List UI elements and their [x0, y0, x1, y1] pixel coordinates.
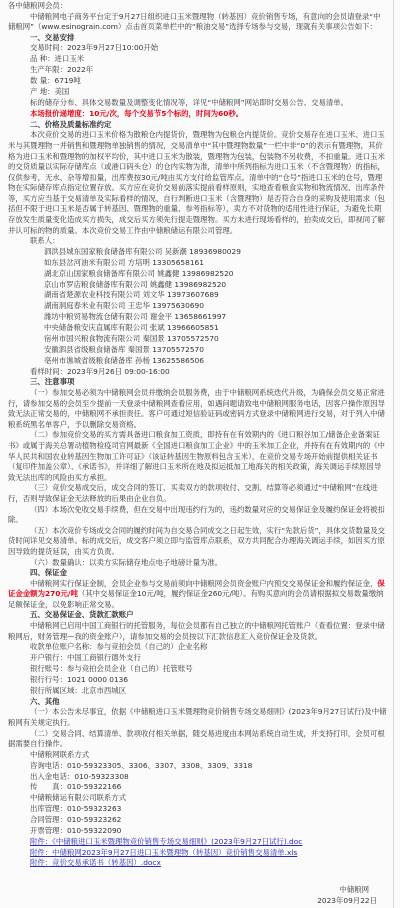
deposit-body: 中储粮网实行保证金制，会员企业参与交易前须向中储粮网会员资金账户内预交交易保证金…	[8, 579, 387, 611]
note-item-5: （五）本次竞价专场成交合同的履约时间为自交易合同成交之日起生效，实行“先款后货”…	[8, 526, 387, 558]
signature: 中储粮网 2023年09月22日	[317, 884, 377, 906]
field-origin: 产 地：美国	[30, 87, 387, 98]
contact-item: 亳州市谯城省级粮食储备库 孙杨 13625586506	[44, 356, 387, 367]
intro-paragraph: 中储粮网电子商务平台定于9月27日组织进口玉米暨理物（转基因）竞价销售专场，有意…	[8, 12, 387, 33]
section-title-notes: 三、注意事项	[8, 377, 387, 388]
signature-org: 中储粮网	[317, 884, 377, 895]
section-title-price-quality: 二、价格及质量标准约定	[8, 120, 387, 131]
field-quantity: 数 量：6719吨	[30, 76, 387, 87]
account-body: 中储粮网已启用中国工商银行的托管服务，每位会员都有自己独立的中储粮网托管账户（查…	[8, 621, 387, 642]
contact-item: 泗洪县城东国家粮食储备库有限公司 吴新潮 18936980029	[44, 247, 387, 258]
attachments: 附件：《中储粮进口玉米暨理物竞价销售专场交易细则》(2023年9月27日试行).…	[8, 837, 387, 869]
field-variety: 品 种：进口玉米	[30, 54, 387, 65]
contact-methods: 中储粮网联系方式 咨询电话：010-59323305、3306、3307、330…	[8, 750, 387, 837]
contact-line: 咨询电话：010-59323305、3306、3307、3308、3309、33…	[30, 761, 387, 772]
contact-item: 中央储备粮安庆直属库有限公司 张斌 13966605851	[44, 323, 387, 334]
section-title-deposit: 四、保证金	[8, 568, 387, 579]
contact-line: 开票管理：010-59322090	[30, 826, 387, 837]
section-title-other: 六、其他	[8, 697, 387, 708]
field-trade-time: 交易时间：2023年9月27日10:00开始	[30, 43, 387, 54]
section-title-account: 五、交易保证金、货款汇款账户	[8, 610, 387, 621]
price-quality-body: 本次竞价交易的进口玉米价格为散粮仓内提货价，暨理物为包粮仓内提货价。竞价交易存在…	[8, 130, 387, 236]
contact-item: 宿州市国兴粮食物流有限公司 秦国景 13705572570	[44, 334, 387, 345]
note-item-4: （四）本场次免收交易手续费，但在交易中出现违约行为的，违约数量对应的交易保证金及…	[8, 505, 387, 526]
field-production-year: 生产年限：2022年	[30, 65, 387, 76]
greeting: 各中储粮网会员：	[8, 1, 387, 12]
contact-block-title: 中储粮网联系方式	[30, 750, 387, 761]
viewing-time: 看样时间：2023年9月26日 09:00-16:00	[8, 367, 387, 378]
account-name: 收款单位账户名称：参与竞拍会员（自己的）企业名称	[30, 642, 387, 653]
note-item-1: （一）参加交易必须为中储粮网会员并缴纳会员服务费，由于中储粮网系统迭代升级，为确…	[8, 388, 387, 430]
attachment-link-rules-doc[interactable]: 附件：《中储粮进口玉米暨理物竞价销售专场交易细则》(2023年9月27日试行).…	[15, 837, 387, 848]
contact-block-title: 中储粮储运有限公司联系方式	[30, 793, 387, 804]
contact-line: 出入金电话：010-59323308	[30, 772, 387, 783]
account-bank: 开户银行：中国工商银行德外支行	[30, 653, 387, 664]
other-item-2: （二）交易合同、结算清单、款项收付相关单据，随交易进度由本网站系统自动生成，并支…	[8, 729, 387, 750]
attachment-link-commitment-docx[interactable]: 附件：竞价交易承诺书（转基因）.docx	[15, 858, 387, 869]
note-item-2: （二）参加竞价交易的买方需具备进口粮食加工资质，即持有在有效期内的《进口粮谷加工…	[8, 430, 387, 483]
note-item-6: （六）数量确认：以卖方实际储存地点电子地磅计量为准。	[8, 558, 387, 569]
section-title-trading-arrangement: 一、交易安排	[8, 33, 387, 44]
contact-item: 京山市罗店粮食储备库有限公司 姚鑫健 13986982520	[44, 280, 387, 291]
attachment-link-trade-list-xls[interactable]: 附件：中储粮网2023年9月27日进口玉米暨理物（转基因）竞价销售交易清单.xl…	[15, 848, 387, 859]
contact-item: 湖南洞庭春米业有限公司 王忠华 13975630690	[44, 301, 387, 312]
signature-date: 2023年09月22日	[317, 895, 377, 906]
trading-fields: 交易时间：2023年9月27日10:00开始 品 种：进口玉米 生产年限：202…	[8, 43, 387, 119]
bid-increment-highlight: 本场报价递增度：10元/次，每个交易节5个标的，时间为60秒。	[30, 109, 387, 120]
contact-line: 出库管理：010-59323263	[30, 804, 387, 815]
account-fields: 收款单位账户名称：参与竞拍会员（自己的）企业名称 开户银行：中国工商银行德外支行…	[8, 642, 387, 697]
contact-item: 湖北京山国家粮食储备库有限公司 姚鑫健 13986982520	[44, 269, 387, 280]
storage-note: 标的储存分布、具体交易数量及调整变化情况等，详见“中储粮网”网站即时交易公告、交…	[30, 98, 387, 109]
contact-line: 合同管理：010-59323262	[30, 815, 387, 826]
other-item-1: （一）本公告未尽事宜，依据《中储粮进口玉米暨理物竞价销售专场交易细则》(2023…	[8, 707, 387, 728]
announcement-document: 各中储粮网会员： 中储粮网电子商务平台定于9月27日组织进口玉米暨理物（转基因）…	[0, 0, 394, 908]
note-item-3: （三）竞价交易成交后，成交合同的签订、买卖双方的款项收付、交割、结算等必须通过“…	[8, 483, 387, 504]
contact-item: 安徽泗县省级粮食储备库 秦国景 13705572570	[44, 345, 387, 356]
contact-item: 如东县岔河油米有限公司 方培明 13305658161	[44, 258, 387, 269]
account-number: 银行账号：参与竞拍会员企业（自己的）托管账号	[30, 664, 387, 675]
account-bank-code: 银行行号：1021 0000 0136	[30, 675, 387, 686]
contact-list: 泗洪县城东国家粮食储备库有限公司 吴新潮 18936980029 如东县岔河油米…	[8, 247, 387, 367]
account-region: 银行所属区域：北京市西城区	[30, 686, 387, 697]
contact-line: 传 真：010-59322166	[30, 782, 387, 793]
contacts-label: 联系人：	[8, 236, 387, 247]
contact-item: 潍坊中粮贸易物流仓储有限公司 谢金平 13658661997	[44, 312, 387, 323]
contact-item: 湖南省楚源农业科技有限公司 刘文华 13973607689	[44, 290, 387, 301]
